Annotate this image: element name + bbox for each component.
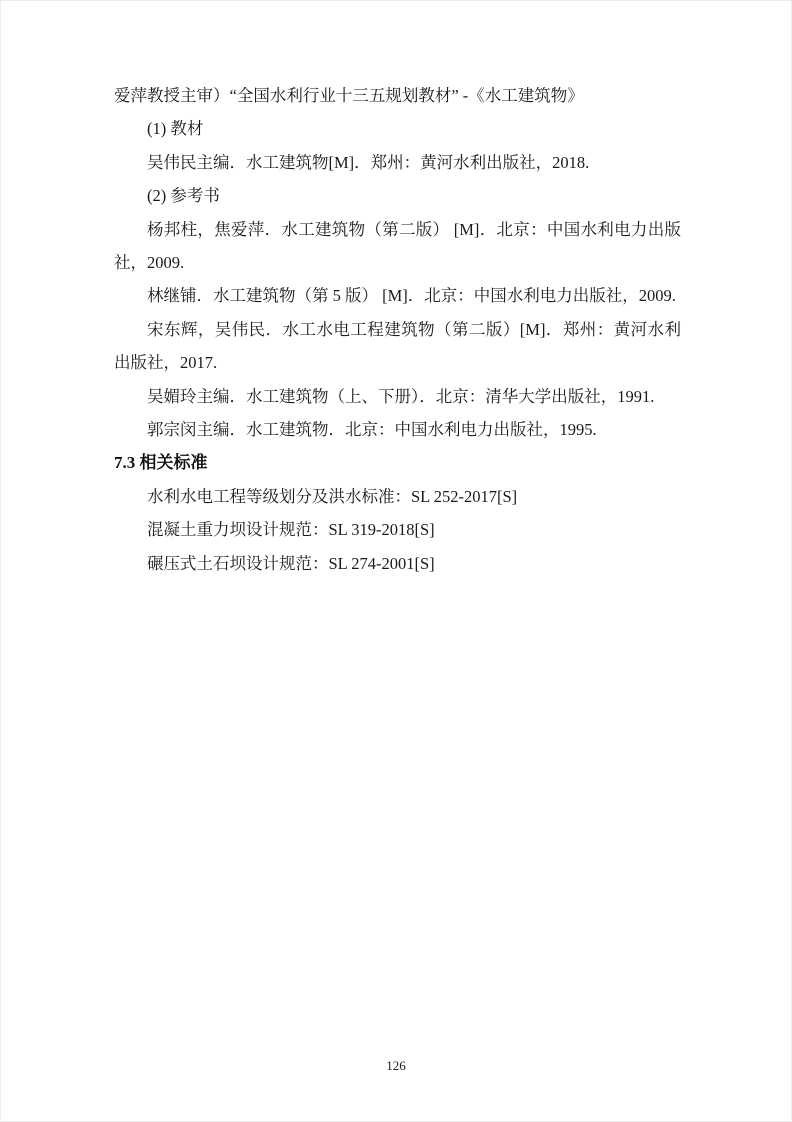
standard-entry: 碾压式土石坝设计规范：SL 274-2001[S] (114, 547, 681, 580)
reference-entry: 吴媚玲主编．水工建筑物（上、下册）．北京：清华大学出版社，1991. (114, 380, 681, 413)
paragraph-continuation: 爱萍教授主审）“全国水利行业十三五规划教材” -《水工建筑物》 (114, 79, 681, 112)
textbook-label: (1) 教材 (114, 112, 681, 145)
reference-entry: 宋东辉，吴伟民．水工水电工程建筑物（第二版）[M]．郑州：黄河水利出版社，201… (114, 313, 681, 380)
page-number: 126 (386, 1058, 406, 1073)
reference-entry: 林继铺．水工建筑物（第 5 版） [M]．北京：中国水利电力出版社，2009. (114, 279, 681, 312)
standard-entry: 混凝土重力坝设计规范：SL 319-2018[S] (114, 513, 681, 546)
section-heading: 7.3 相关标准 (114, 446, 681, 479)
reference-entry: 杨邦柱，焦爱萍．水工建筑物（第二版） [M]．北京：中国水利电力出版社，2009… (114, 213, 681, 280)
document-page: 爱萍教授主审）“全国水利行业十三五规划教材” -《水工建筑物》 (1) 教材 吴… (0, 0, 792, 1122)
references-label: (2) 参考书 (114, 179, 681, 212)
textbook-entry: 吴伟民主编．水工建筑物[M]．郑州：黄河水利出版社，2018. (114, 146, 681, 179)
standard-entry: 水利水电工程等级划分及洪水标准：SL 252-2017[S] (114, 480, 681, 513)
page-footer: 126 (1, 1057, 791, 1075)
page-content: 爱萍教授主审）“全国水利行业十三五规划教材” -《水工建筑物》 (1) 教材 吴… (114, 79, 681, 580)
reference-entry: 郭宗闵主编．水工建筑物．北京：中国水利电力出版社，1995. (114, 413, 681, 446)
